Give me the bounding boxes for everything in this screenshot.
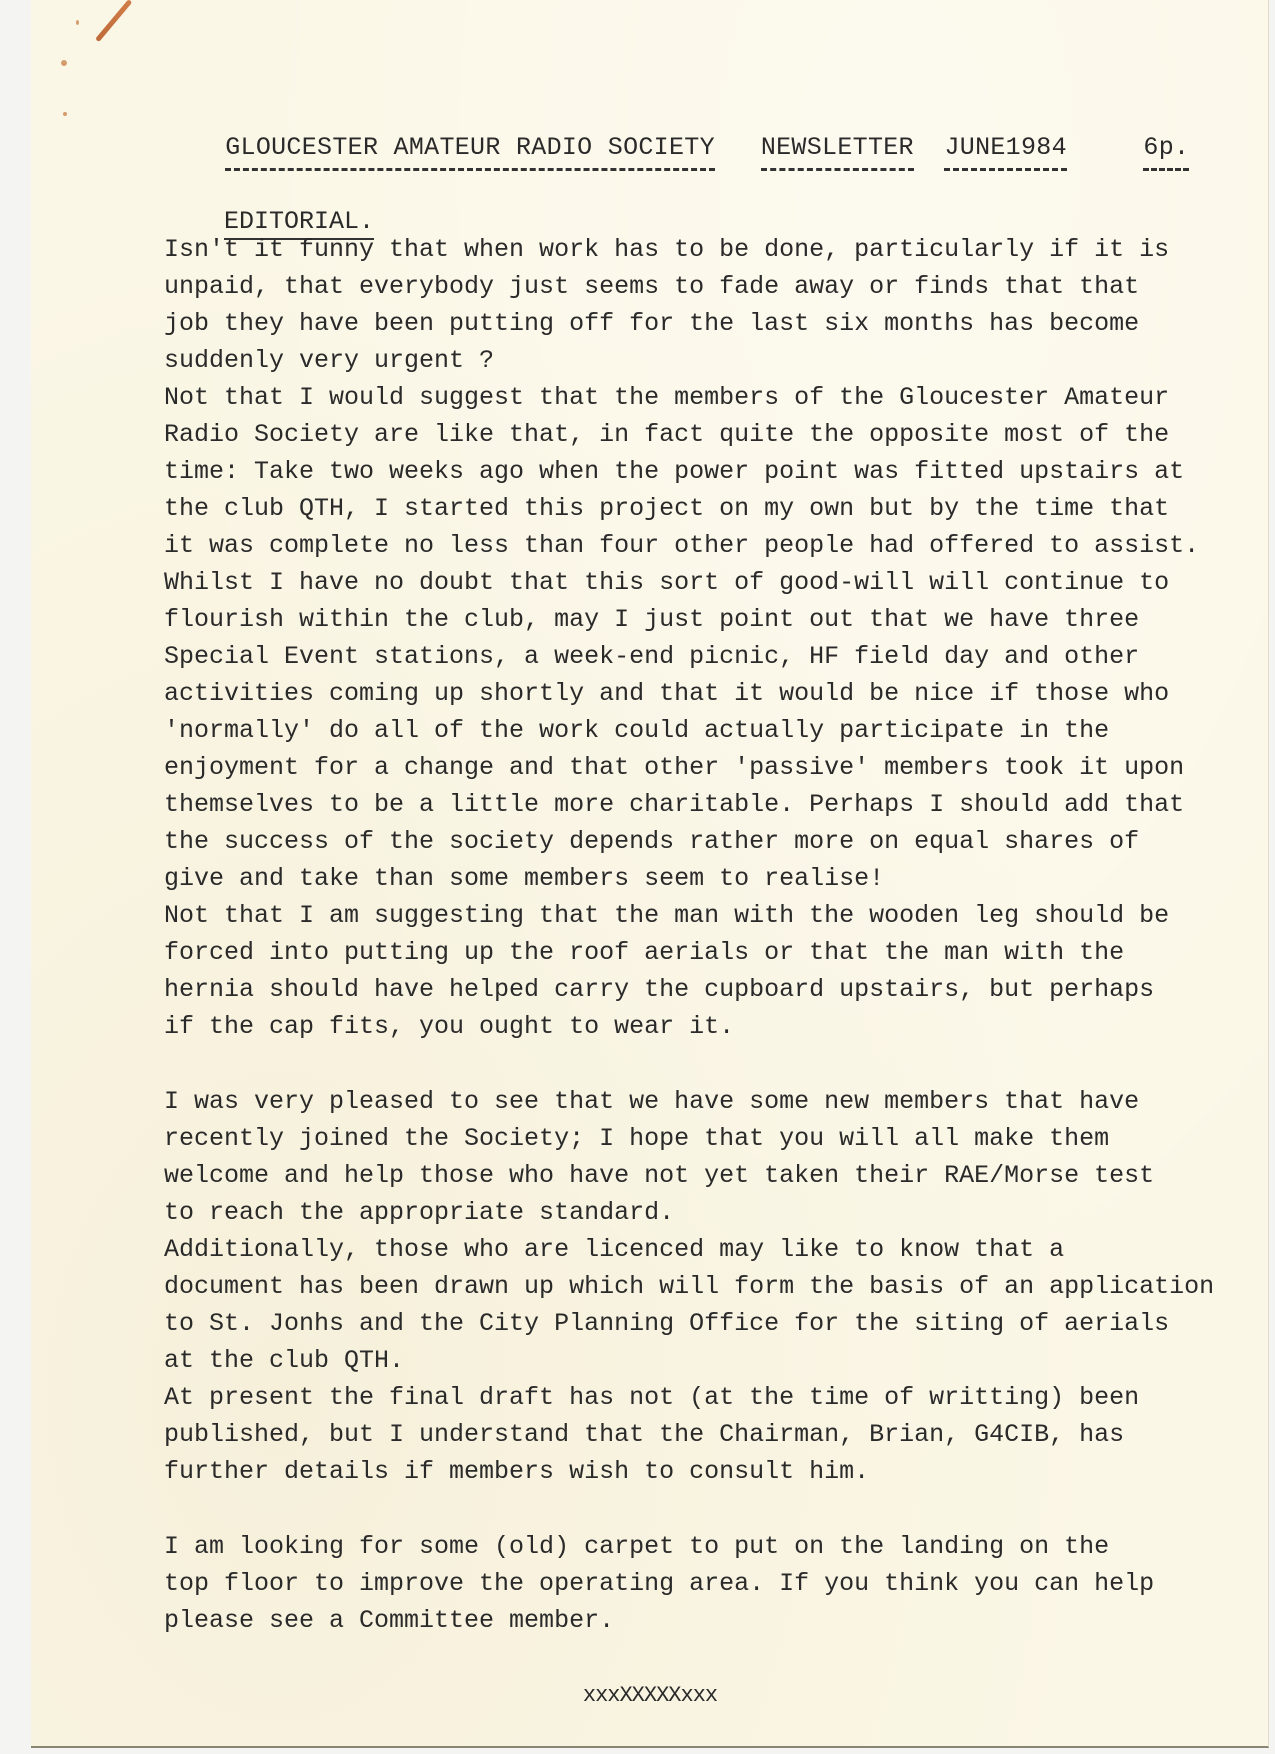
text-line: Isn't it funny that when work has to be …: [164, 231, 1224, 268]
text-line: time: Take two weeks ago when the power …: [164, 453, 1224, 490]
text-line: job they have been putting off for the l…: [164, 305, 1224, 342]
issue-date: JUNE1984: [944, 129, 1066, 171]
rust-speck: [76, 20, 79, 25]
text-line: forced into putting up the roof aerials …: [164, 934, 1224, 971]
text-line: please see a Committee member.: [164, 1602, 1224, 1639]
text-line: Additionally, those who are licenced may…: [164, 1231, 1224, 1268]
text-line: give and take than some members seem to …: [164, 860, 1224, 897]
text-line: recently joined the Society; I hope that…: [164, 1120, 1224, 1157]
closing-mark: xxxXXXXXxxx: [31, 1677, 1269, 1714]
text-line: Not that I would suggest that the member…: [164, 379, 1224, 416]
text-line: activities coming up shortly and that it…: [164, 675, 1224, 712]
text-line: Not that I am suggesting that the man wi…: [164, 897, 1224, 934]
text-line: enjoyment for a change and that other 'p…: [164, 749, 1224, 786]
text-line: suddenly very urgent ?: [164, 342, 1224, 379]
text-line: At present the final draft has not (at t…: [164, 1379, 1224, 1416]
text-line: the club QTH, I started this project on …: [164, 490, 1224, 527]
text-line: unpaid, that everybody just seems to fad…: [164, 268, 1224, 305]
text-line: themselves to be a little more charitabl…: [164, 786, 1224, 823]
rust-speck: [61, 60, 67, 66]
text-line: if the cap fits, you ought to wear it.: [164, 1008, 1224, 1045]
text-line: I was very pleased to see that we have s…: [164, 1083, 1224, 1120]
text-line: the success of the society depends rathe…: [164, 823, 1224, 860]
text-line: hernia should have helped carry the cupb…: [164, 971, 1224, 1008]
text-line: flourish within the club, may I just poi…: [164, 601, 1224, 638]
text-line: to reach the appropriate standard.: [164, 1194, 1224, 1231]
text-line: Whilst I have no doubt that this sort of…: [164, 564, 1224, 601]
text-line: at the club QTH.: [164, 1342, 1224, 1379]
text-line: Radio Society are like that, in fact qui…: [164, 416, 1224, 453]
text-line: 'normally' do all of the work could actu…: [164, 712, 1224, 749]
text-line: to St. Jonhs and the City Planning Offic…: [164, 1305, 1224, 1342]
text-line: further details if members wish to consu…: [164, 1453, 1224, 1490]
text-line: top floor to improve the operating area.…: [164, 1565, 1224, 1602]
text-line: it was complete no less than four other …: [164, 527, 1224, 564]
text-line: welcome and help those who have not yet …: [164, 1157, 1224, 1194]
editorial-paragraph-3: I am looking for some (old) carpet to pu…: [164, 1528, 1224, 1639]
society-name: GLOUCESTER AMATEUR RADIO SOCIETY: [225, 129, 715, 171]
rust-speck: [63, 112, 67, 116]
issue-price: 6p.: [1143, 129, 1189, 171]
text-line: document has been drawn up which will fo…: [164, 1268, 1224, 1305]
editorial-paragraph-2: I was very pleased to see that we have s…: [164, 1083, 1224, 1490]
text-line: I am looking for some (old) carpet to pu…: [164, 1528, 1224, 1565]
text-line: published, but I understand that the Cha…: [164, 1416, 1224, 1453]
text-line: Special Event stations, a week-end picni…: [164, 638, 1224, 675]
staple-rust-stain: [95, 0, 132, 42]
editorial-paragraph-1: Isn't it funny that when work has to be …: [164, 231, 1224, 1045]
publication-name: NEWSLETTER: [761, 129, 914, 171]
newsletter-page: GLOUCESTER AMATEUR RADIO SOCIETY NEWSLET…: [31, 0, 1269, 1748]
